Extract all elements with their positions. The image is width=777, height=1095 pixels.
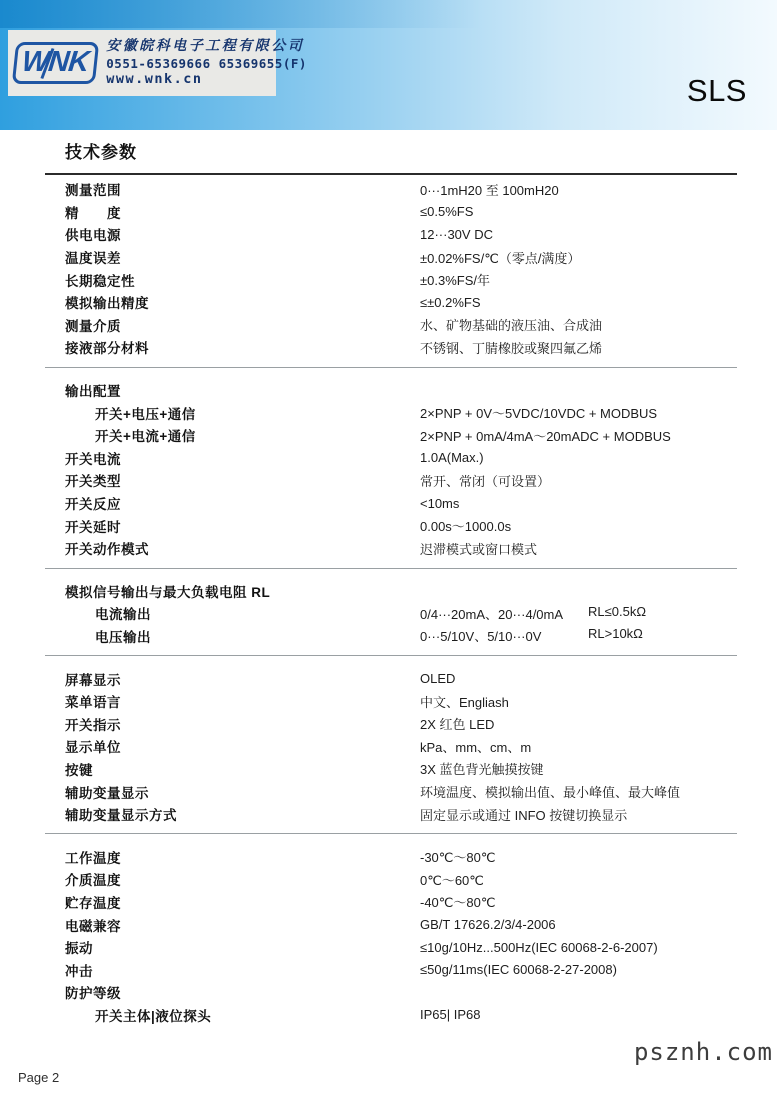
spec-row: 开关+电压+通信2×PNP + 0V～5VDC/10VDC + MODBUS bbox=[40, 401, 737, 424]
spec-label: 介质温度 bbox=[40, 869, 420, 889]
spec-row: 电流输出0/4···20mA、20···4/0mARL≤0.5kΩ bbox=[40, 602, 737, 625]
spec-row: 长期稳定性±0.3%FS/年 bbox=[40, 268, 737, 291]
spec-label: 电流输出 bbox=[40, 603, 420, 623]
spec-label: 开关+电压+通信 bbox=[40, 403, 420, 423]
spec-label: 模拟信号输出与最大负载电阻 RL bbox=[40, 581, 420, 601]
spec-value: 3X 蓝色背光触摸按键 bbox=[420, 759, 544, 778]
spec-label: 辅助变量显示 bbox=[40, 782, 420, 802]
spec-label: 振动 bbox=[40, 937, 420, 957]
spec-label: 屏幕显示 bbox=[40, 669, 420, 689]
product-model: SLS bbox=[687, 74, 747, 108]
spec-value: ≤50g/11ms(IEC 60068-2-27-2008) bbox=[420, 962, 617, 977]
wnk-logo-text: WNK bbox=[20, 46, 90, 78]
section-divider bbox=[45, 568, 737, 569]
spec-value-main: 0/4···20mA、20···4/0mA bbox=[420, 604, 588, 623]
spec-value: 0℃～60℃ bbox=[420, 870, 484, 889]
spec-label: 开关延时 bbox=[40, 516, 420, 536]
spec-value: 迟滞模式或窗口模式 bbox=[420, 539, 537, 558]
datasheet-page: WNK 安徽皖科电子工程有限公司 0551-65369666 65369655(… bbox=[0, 0, 777, 1095]
spec-value: ≤±0.2%FS bbox=[420, 295, 481, 310]
spec-row: 测量范围0···1mH20 至 100mH20 bbox=[40, 178, 737, 201]
company-name: 安徽皖科电子工程有限公司 bbox=[106, 38, 307, 56]
spec-label: 输出配置 bbox=[40, 380, 420, 400]
spec-value: ±0.3%FS/年 bbox=[420, 270, 490, 289]
spec-value-rl: RL≤0.5kΩ bbox=[588, 604, 646, 623]
spec-label: 测量范围 bbox=[40, 179, 420, 199]
spec-row: 接液部分材料不锈钢、丁腈橡胶或聚四氟乙烯 bbox=[40, 336, 737, 359]
spec-row: 振动≤10g/10Hz...500Hz(IEC 60068-2-6-2007) bbox=[40, 936, 737, 959]
spec-label: 冲击 bbox=[40, 960, 420, 980]
spec-label: 供电电源 bbox=[40, 224, 420, 244]
spec-value: 常开、常闭（可设置） bbox=[420, 471, 550, 490]
spec-row: 开关主体|液位探头IP65| IP68 bbox=[40, 1004, 737, 1027]
spec-label: 菜单语言 bbox=[40, 691, 420, 711]
spec-row: 开关电流1.0A(Max.) bbox=[40, 447, 737, 470]
company-info: 安徽皖科电子工程有限公司 0551-65369666 65369655(F) w… bbox=[106, 38, 307, 88]
section-divider bbox=[45, 367, 737, 368]
spec-value: 0···5/10V、5/10···0VRL>10kΩ bbox=[420, 626, 643, 645]
watermark: psznh.com bbox=[634, 1038, 773, 1066]
page-header: WNK 安徽皖科电子工程有限公司 0551-65369666 65369655(… bbox=[0, 0, 777, 130]
spec-row: 模拟输出精度≤±0.2%FS bbox=[40, 291, 737, 314]
spec-row: 辅助变量显示环境温度、模拟输出值、最小峰值、最大峰值 bbox=[40, 780, 737, 803]
spec-value: GB/T 17626.2/3/4-2006 bbox=[420, 917, 556, 932]
spec-label: 电磁兼容 bbox=[40, 915, 420, 935]
spec-value-rl: RL>10kΩ bbox=[588, 626, 643, 645]
spec-label: 接液部分材料 bbox=[40, 337, 420, 357]
spec-value: 中文、Engliash bbox=[420, 692, 509, 711]
spec-row: 输出配置 bbox=[40, 379, 737, 402]
spec-value: kPa、mm、cm、m bbox=[420, 737, 531, 756]
page-number: Page 2 bbox=[18, 1070, 59, 1085]
page-title: 技术参数 bbox=[65, 138, 737, 163]
spec-value: 2X 红色 LED bbox=[420, 714, 494, 733]
spec-value: 不锈钢、丁腈橡胶或聚四氟乙烯 bbox=[420, 338, 602, 357]
spec-value: 固定显示或通过 INFO 按键切换显示 bbox=[420, 805, 627, 824]
spec-row: 屏幕显示OLED bbox=[40, 667, 737, 690]
spec-value: ≤10g/10Hz...500Hz(IEC 60068-2-6-2007) bbox=[420, 940, 658, 955]
spec-row: 开关延时0.00s～1000.0s bbox=[40, 514, 737, 537]
spec-row: 供电电源12···30V DC bbox=[40, 223, 737, 246]
spec-row: 按键3X 蓝色背光触摸按键 bbox=[40, 758, 737, 781]
spec-value: 2×PNP + 0mA/4mA～20mADC + MODBUS bbox=[420, 426, 671, 445]
spec-label: 开关指示 bbox=[40, 714, 420, 734]
company-phone: 0551-65369666 65369655(F) bbox=[106, 56, 307, 72]
spec-label: 温度误差 bbox=[40, 247, 420, 267]
spec-value: <10ms bbox=[420, 496, 459, 511]
spec-label: 精 度 bbox=[40, 202, 420, 222]
company-logo-panel: WNK 安徽皖科电子工程有限公司 0551-65369666 65369655(… bbox=[8, 30, 276, 96]
wnk-logo-icon: WNK bbox=[12, 42, 100, 84]
spec-label: 开关动作模式 bbox=[40, 538, 420, 558]
spec-value: OLED bbox=[420, 671, 455, 686]
spec-value: -30℃～80℃ bbox=[420, 847, 495, 866]
spec-row: 开关反应<10ms bbox=[40, 492, 737, 515]
spec-row: 工作温度-30℃～80℃ bbox=[40, 845, 737, 868]
spec-value: -40℃～80℃ bbox=[420, 892, 495, 911]
spec-label: 开关反应 bbox=[40, 493, 420, 513]
spec-row: 测量介质水、矿物基础的液压油、合成油 bbox=[40, 314, 737, 337]
spec-row: 开关类型常开、常闭（可设置） bbox=[40, 469, 737, 492]
spec-value: ±0.02%FS/℃（零点/满度） bbox=[420, 248, 580, 267]
spec-label: 长期稳定性 bbox=[40, 270, 420, 290]
spec-label: 贮存温度 bbox=[40, 892, 420, 912]
spec-row: 开关指示2X 红色 LED bbox=[40, 712, 737, 735]
spec-value-main: 0···5/10V、5/10···0V bbox=[420, 626, 588, 645]
spec-row: 冲击≤50g/11ms(IEC 60068-2-27-2008) bbox=[40, 958, 737, 981]
spec-value: 环境温度、模拟输出值、最小峰值、最大峰值 bbox=[420, 782, 680, 801]
spec-row: 模拟信号输出与最大负载电阻 RL bbox=[40, 580, 737, 603]
spec-row: 防护等级 bbox=[40, 981, 737, 1004]
spec-label: 工作温度 bbox=[40, 847, 420, 867]
spec-row: 显示单位kPa、mm、cm、m bbox=[40, 735, 737, 758]
spec-label: 测量介质 bbox=[40, 315, 420, 335]
spec-label: 开关类型 bbox=[40, 470, 420, 490]
spec-value: 0.00s～1000.0s bbox=[420, 516, 511, 535]
spec-row: 菜单语言中文、Engliash bbox=[40, 690, 737, 713]
content-area: 技术参数 测量范围0···1mH20 至 100mH20精 度≤0.5%FS供电… bbox=[40, 138, 737, 1026]
spec-value: 2×PNP + 0V～5VDC/10VDC + MODBUS bbox=[420, 403, 657, 422]
spec-row: 电压输出0···5/10V、5/10···0VRL>10kΩ bbox=[40, 625, 737, 648]
spec-row: 介质温度0℃～60℃ bbox=[40, 868, 737, 891]
title-rule bbox=[45, 173, 737, 175]
spec-label: 显示单位 bbox=[40, 736, 420, 756]
spec-value: IP65| IP68 bbox=[420, 1007, 480, 1022]
spec-label: 辅助变量显示方式 bbox=[40, 804, 420, 824]
spec-row: 电磁兼容GB/T 17626.2/3/4-2006 bbox=[40, 913, 737, 936]
spec-value: 1.0A(Max.) bbox=[420, 450, 484, 465]
section-divider bbox=[45, 833, 737, 834]
spec-row: 贮存温度-40℃～80℃ bbox=[40, 891, 737, 914]
spec-value: 0···1mH20 至 100mH20 bbox=[420, 180, 559, 199]
spec-label: 开关电流 bbox=[40, 448, 420, 468]
spec-row: 辅助变量显示方式固定显示或通过 INFO 按键切换显示 bbox=[40, 803, 737, 826]
spec-label: 电压输出 bbox=[40, 626, 420, 646]
spec-label: 开关主体|液位探头 bbox=[40, 1005, 420, 1025]
spec-row: 开关动作模式迟滞模式或窗口模式 bbox=[40, 537, 737, 560]
spec-value: 12···30V DC bbox=[420, 227, 493, 242]
spec-label: 开关+电流+通信 bbox=[40, 425, 420, 445]
spec-value: 水、矿物基础的液压油、合成油 bbox=[420, 315, 602, 334]
spec-value: ≤0.5%FS bbox=[420, 204, 473, 219]
spec-row: 开关+电流+通信2×PNP + 0mA/4mA～20mADC + MODBUS bbox=[40, 424, 737, 447]
spec-label: 防护等级 bbox=[40, 982, 420, 1002]
spec-table: 测量范围0···1mH20 至 100mH20精 度≤0.5%FS供电电源12·… bbox=[40, 178, 737, 1026]
section-divider bbox=[45, 655, 737, 656]
spec-row: 精 度≤0.5%FS bbox=[40, 201, 737, 224]
spec-row: 温度误差±0.02%FS/℃（零点/满度） bbox=[40, 246, 737, 269]
spec-value: 0/4···20mA、20···4/0mARL≤0.5kΩ bbox=[420, 604, 646, 623]
spec-label: 模拟输出精度 bbox=[40, 292, 420, 312]
company-website: www.wnk.cn bbox=[106, 71, 307, 88]
spec-label: 按键 bbox=[40, 759, 420, 779]
